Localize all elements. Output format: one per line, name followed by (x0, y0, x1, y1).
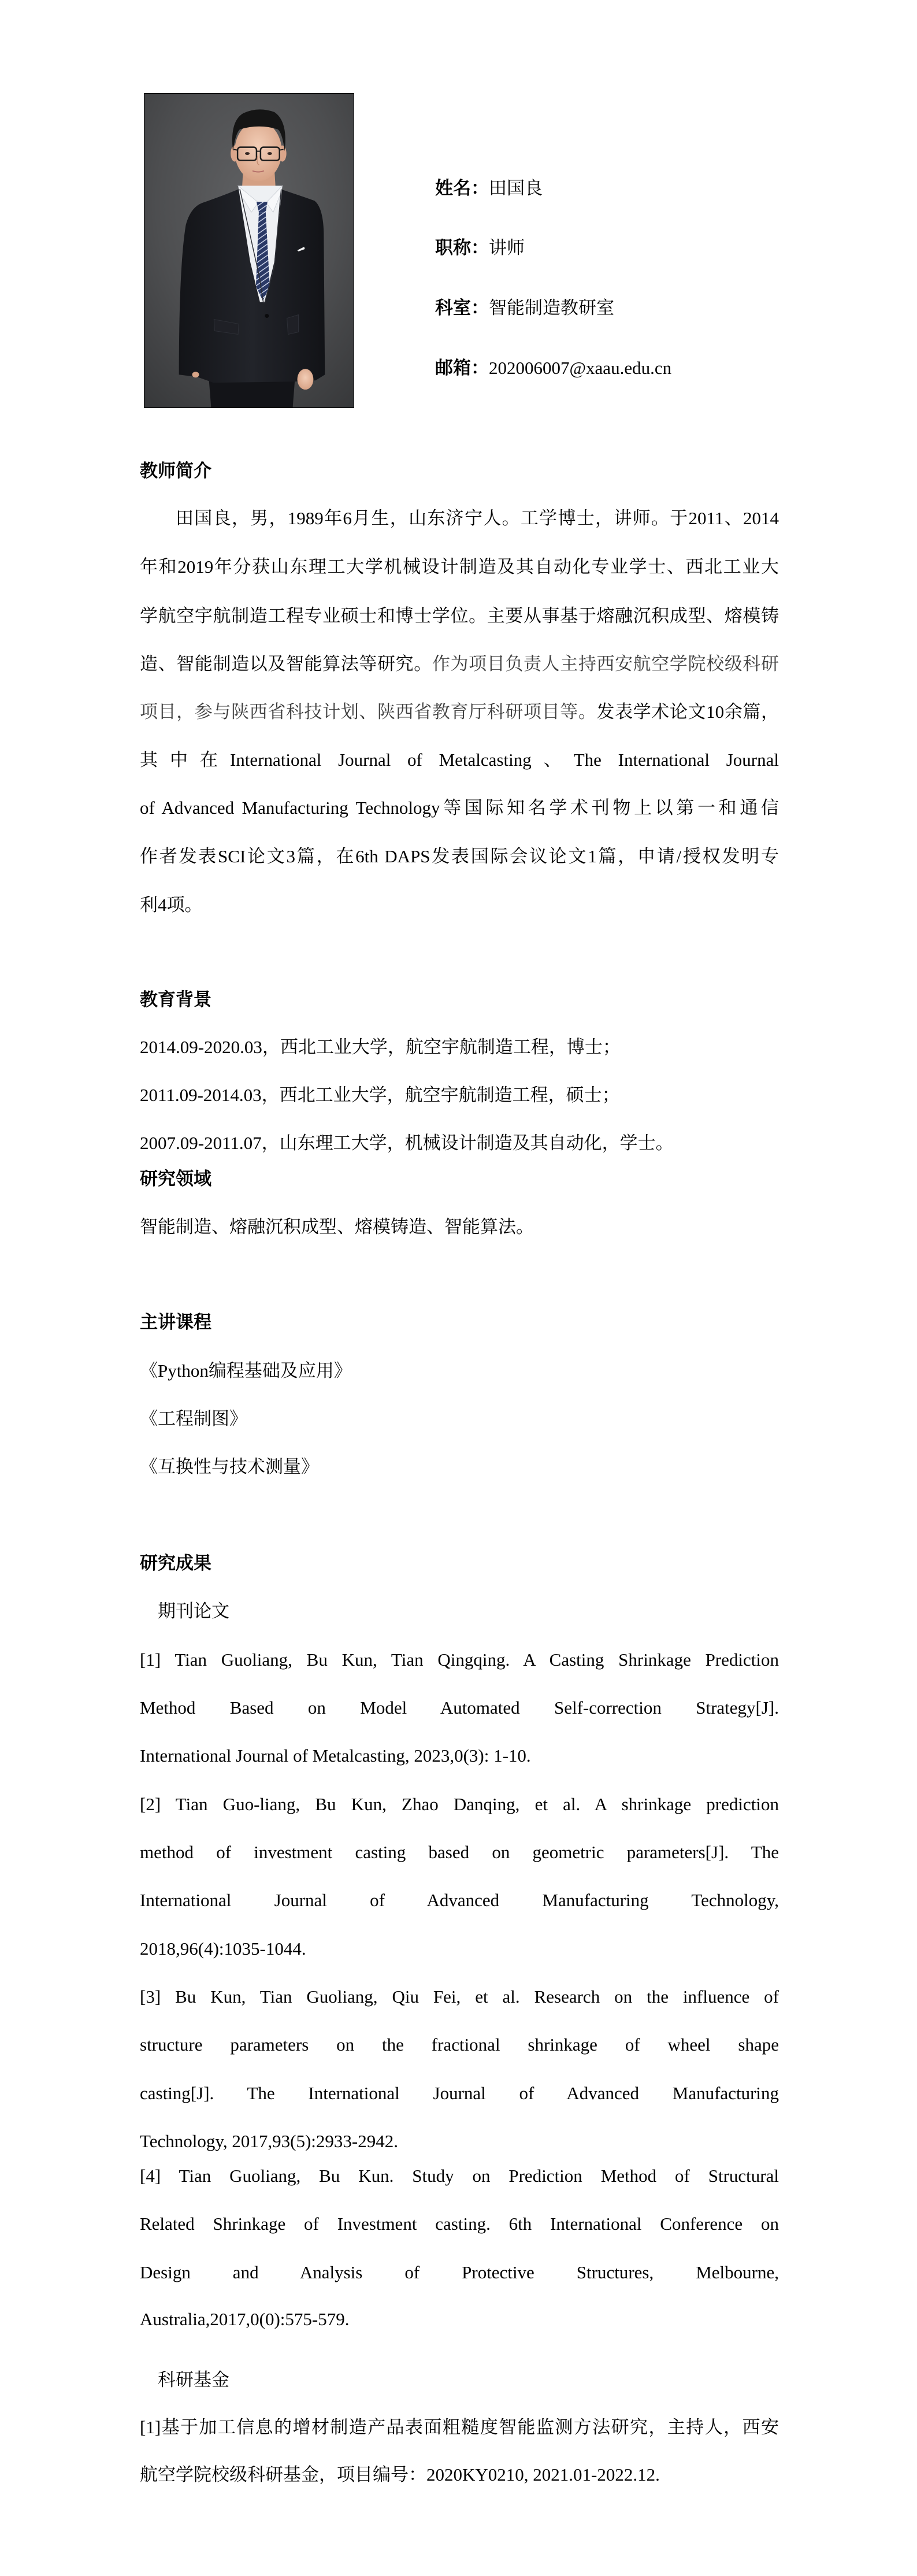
publication-line: Related Shrinkage of Investment casting.… (140, 2200, 779, 2248)
intro-line: 年和2019年分获山东理工大学机械设计制造及其自动化专业学士、西北工业大 (140, 543, 779, 591)
publication-line: casting[J]. The International Journal of… (140, 2069, 779, 2118)
fund-line: [1]基于加工信息的增材制造产品表面粗糙度智能监测方法研究，主持人，西安 (140, 2403, 779, 2452)
field-label: 职称： (435, 238, 489, 258)
intro-segment: 造、智能制造以及智能算法等研究。 (140, 654, 432, 674)
publication-line: Design and Analysis of Protective Struct… (140, 2248, 779, 2297)
publication-line: International Journal of Advanced Manufa… (140, 1876, 779, 1925)
intro-segment: 发表学术论文10余篇， (596, 702, 779, 722)
intro-line: 学航空宇航制造工程专业硕士和博士学位。主要从事基于熔融沉积成型、熔模铸 (140, 592, 779, 640)
section-heading-achievements: 研究成果 (140, 1539, 779, 1588)
email-value: 202006007@xaau.edu.cn (489, 358, 671, 378)
research-areas-text: 智能制造、熔融沉积成型、熔模铸造、智能算法。 (140, 1203, 779, 1251)
publication-line: method of investment casting based on ge… (140, 1828, 779, 1877)
publication-line: 2018,96(4):1035-1044. (140, 1925, 779, 1973)
publication-line: [2] Tian Guo-liang, Bu Kun, Zhao Danqing… (140, 1780, 779, 1829)
course-item: 《互换性与技术测量》 (140, 1443, 779, 1491)
intro-line: 造、智能制造以及智能算法等研究。作为项目负责人主持西安航空学院校级科研 (140, 640, 779, 688)
profile-field-name: 姓名：田国良 (435, 164, 543, 213)
portrait-image (144, 94, 354, 407)
intro-segment-muted: 作为项目负责人主持西安航空学院校级科研 (432, 654, 779, 674)
fund-line: 航空学院校级科研基金，项目编号：2020KY0210, 2021.01-2022… (140, 2451, 779, 2499)
intro-line: 其中在International Journal of Metalcasting… (140, 736, 779, 784)
course-item: 《工程制图》 (140, 1395, 779, 1443)
course-item: 《Python编程基础及应用》 (140, 1347, 779, 1395)
section-heading-courses: 主讲课程 (140, 1298, 779, 1347)
publication-line: International Journal of Metalcasting, 2… (140, 1732, 779, 1780)
field-value: 讲师 (489, 238, 525, 258)
intro-line: 项目，参与陕西省科技计划、陕西省教育厅科研项目等。发表学术论文10余篇， (140, 688, 779, 736)
section-heading-research-areas: 研究领域 (140, 1155, 779, 1203)
profile-field-department: 科室：智能制造教研室 (435, 284, 614, 332)
field-value: 田国良 (489, 178, 543, 198)
education-item: 2014.09-2020.03，西北工业大学，航空宇航制造工程，博士； (140, 1023, 779, 1072)
subsection-label-journal-papers: 期刊论文 (158, 1587, 779, 1636)
field-label: 邮箱： (435, 358, 489, 378)
intro-line: 田国良，男，1989年6月生，山东济宁人。工学博士，讲师。于2011、2014 (140, 494, 779, 543)
subsection-label-research-funds: 科研基金 (158, 2356, 779, 2404)
publication-line: [1] Tian Guoliang, Bu Kun, Tian Qingqing… (140, 1636, 779, 1684)
profile-field-title: 职称：讲师 (435, 224, 525, 272)
education-item: 2011.09-2014.03，西北工业大学，航空宇航制造工程，硕士； (140, 1071, 779, 1120)
publication-line: [4] Tian Guoliang, Bu Kun. Study on Pred… (140, 2152, 779, 2200)
section-heading-education: 教育背景 (140, 976, 779, 1024)
section-heading-intro: 教师简介 (140, 447, 779, 495)
publication-line: [3] Bu Kun, Tian Guoliang, Qiu Fei, et a… (140, 1973, 779, 2021)
field-label: 姓名： (435, 178, 489, 198)
publication-line: Method Based on Model Automated Self-cor… (140, 1684, 779, 1732)
publication-line: structure parameters on the fractional s… (140, 2021, 779, 2069)
profile-field-email: 邮箱：202006007@xaau.edu.cn (435, 344, 671, 392)
publication-line: Australia,2017,0(0):575-579. (140, 2295, 779, 2344)
field-label: 科室： (435, 298, 489, 318)
profile-photo (144, 93, 354, 408)
intro-segment-muted: 项目，参与陕西省科技计划、陕西省教育厅科研项目等。 (140, 702, 596, 722)
intro-line: 作者发表SCI论文3篇，在6th DAPS发表国际会议论文1篇，申请/授权发明专 (140, 832, 779, 881)
intro-line: of Advanced Manufacturing Technology等国际知… (140, 784, 779, 832)
intro-line: 利4项。 (140, 881, 779, 929)
field-value: 智能制造教研室 (489, 298, 614, 318)
